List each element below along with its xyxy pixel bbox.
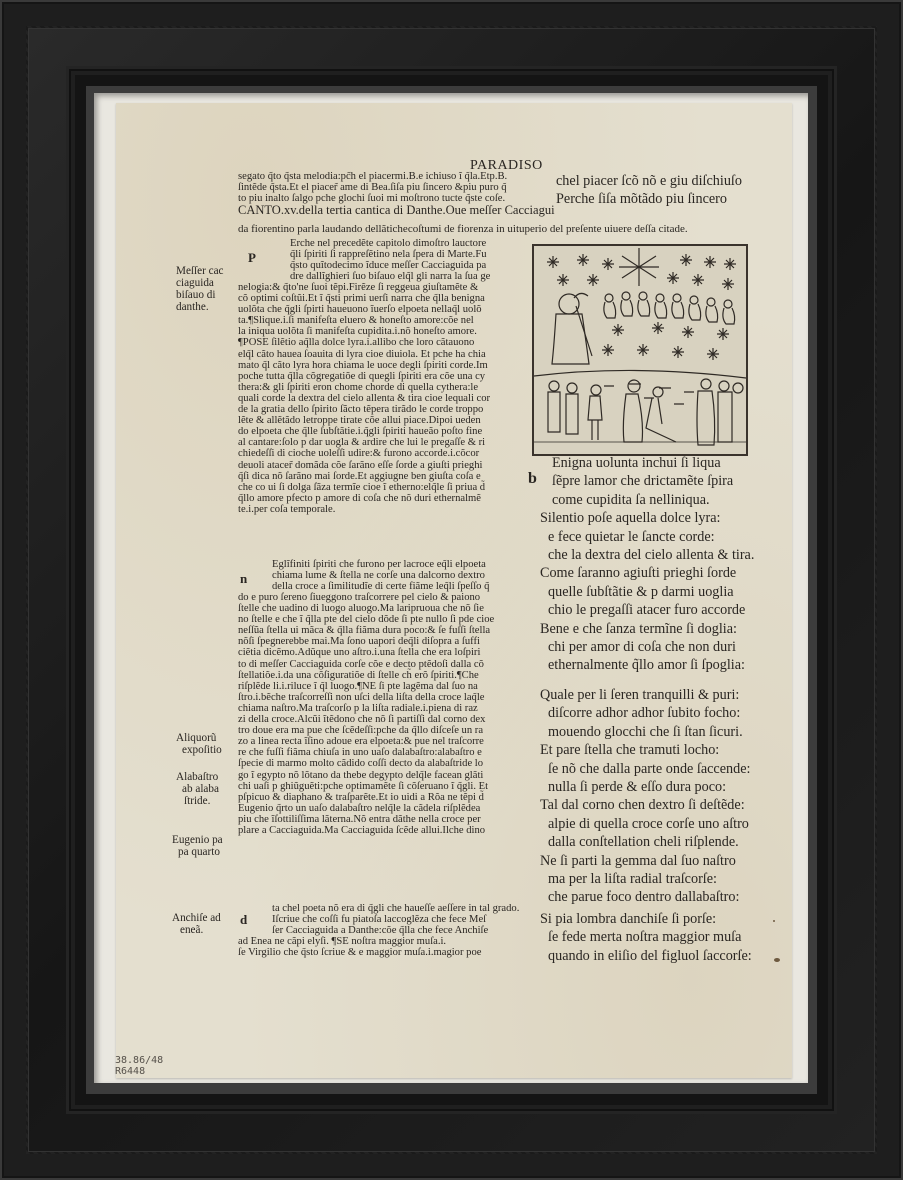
verse-line: alpie di quella croce corſe uno aſtro xyxy=(548,815,750,833)
verse-line: ethernalmente q̃llo amor ſi ſpoglia: xyxy=(548,656,754,674)
verse-line: come cupidita ſa nelliniqua. xyxy=(548,491,754,509)
verse-line: ſẽpre lamor che drictamẽte ſpira xyxy=(548,472,754,490)
marginal-gloss-anchise: Anchiſe ad eneã. xyxy=(172,912,221,936)
verse-line: quando in eliſio del figluol ſaccorſe: xyxy=(548,947,752,965)
verse-line: ma per la liſta radial traſcorſe: xyxy=(548,870,750,888)
verse-main: Enigna uolunta inchui ſi liqua ſẽpre lam… xyxy=(548,454,754,675)
commentary-top: segato q̃to q̃sta melodia:pc̃h el piacer… xyxy=(238,171,555,217)
verse-line: Silentio poſe aquella dolce lyra: xyxy=(540,509,754,527)
commentary-main-block-2: do e puro ſereno ſiueggono traſcorrere p… xyxy=(238,592,494,836)
verse-line: dalla conſtellation cheli riſplende. xyxy=(548,833,750,851)
canto-heading: CANTO.xv.della tertia cantica di Danthe.… xyxy=(238,204,555,217)
verse-line: nulla ſi perde & eſſo dura poco: xyxy=(548,778,750,796)
verse-main-3: Si pia lombra danchiſe ſi porſe: ſe fede… xyxy=(548,910,752,965)
verse-line: Enigna uolunta inchui ſi liqua xyxy=(548,454,754,472)
verse-line: Ne ſi parti la gemma dal ſuo naſtro xyxy=(540,852,750,870)
verse-main-2: Quale per li ſeren tranquilli & puri: di… xyxy=(548,686,750,907)
verse-line: Si pia lombra danchiſe ſi porſe: xyxy=(540,910,752,928)
foxing-spot xyxy=(773,920,775,922)
verse-line: Perche ſiſa mõtãdo piu ſincero xyxy=(556,190,742,208)
verse-line: mouendo glocchi che ſi ſtan ſicuri. xyxy=(548,723,750,741)
commentary-line: ſintẽde q̃sta.Et el piacer̃ ame di Bea.ſ… xyxy=(238,182,555,193)
verse-line: che parue foco dentro dallabaſtro: xyxy=(548,888,750,906)
marginal-gloss-alabastro: Alabaſtro ab alaba ſtride. xyxy=(176,771,219,807)
verse-line: Quale per li ſeren tranquilli & puri: xyxy=(540,686,750,704)
initial-letter-p: P xyxy=(248,250,256,266)
verse-line: Tal dal corno chen dextro ſi deſtẽde: xyxy=(540,796,750,814)
initial-letter-d: d xyxy=(240,912,247,928)
woodcut-scene-icon xyxy=(534,246,746,454)
verse-line: ſe nõ che dalla parte onde ſaccende: xyxy=(548,760,750,778)
commentary-main-indent-3: ta chel poeta nõ era di q̃gli che haueſſ… xyxy=(272,903,519,936)
verse-line: e fece quietar le ſancte corde: xyxy=(548,528,754,546)
commentary-main-indent-2: Eglĩfiniti ſpiriti che furono per lacroc… xyxy=(272,559,489,592)
commentary-main-block-1: nelogia:& q̃to'ne ſuoi tẽpi.Firẽze ſi re… xyxy=(238,282,490,515)
inventory-pencil-note: 38.86/48 R6448 xyxy=(115,1055,163,1077)
verse-line: chel piacer ſcõ nõ e giu diſchiuſo xyxy=(556,172,742,190)
commentary-main-block-3: ad Enea ne cãpi elyſi. ¶SE noſtra maggio… xyxy=(238,936,481,958)
marginal-gloss-eugenio: Eugenio pa pa quarto xyxy=(172,834,223,858)
verse-top: chel piacer ſcõ nõ e giu diſchiuſo Perch… xyxy=(556,172,742,208)
verse-line: che la dextra del cielo allenta & tira. xyxy=(548,546,754,564)
verse-line: quelle ſubſtãtie & p darmi uoglia xyxy=(548,583,754,601)
foxing-spot xyxy=(774,958,780,962)
woodcut-illustration xyxy=(532,244,748,456)
verse-line: ſe fede merta noſtra maggior muſa xyxy=(548,928,752,946)
verse-line: diſcorre adhor adhor ſubito focho: xyxy=(548,704,750,722)
verse-line: chi per amor di coſa che non duri xyxy=(548,638,754,656)
verse-line: Come ſaranno agiuſti prieghi ſorde xyxy=(540,564,754,582)
verse-line: chio le pregaſſi atacer furo accorde xyxy=(548,601,754,619)
initial-letter-b: b xyxy=(528,470,537,488)
marginal-gloss-aliquorum: Aliquorũ expoſitio xyxy=(176,732,222,756)
verse-line: Et pare ſtella che tramuti locho: xyxy=(540,741,750,759)
marginal-gloss-cacciaguida: Meſſer cac ciaguida biſauo di danthe. xyxy=(176,265,224,313)
commentary-main-indent-1: Erche nel precedẽte capitolo dimoſtro la… xyxy=(290,238,490,282)
commentary-line: segato q̃to q̃sta melodia:pc̃h el piacer… xyxy=(238,171,555,182)
verse-line: Bene e che ſanza termĩne ſi doglia: xyxy=(540,620,754,638)
initial-letter-n: n xyxy=(240,571,247,587)
canto-subheading: da fiorentino parla laudando dellãtichec… xyxy=(238,224,688,235)
